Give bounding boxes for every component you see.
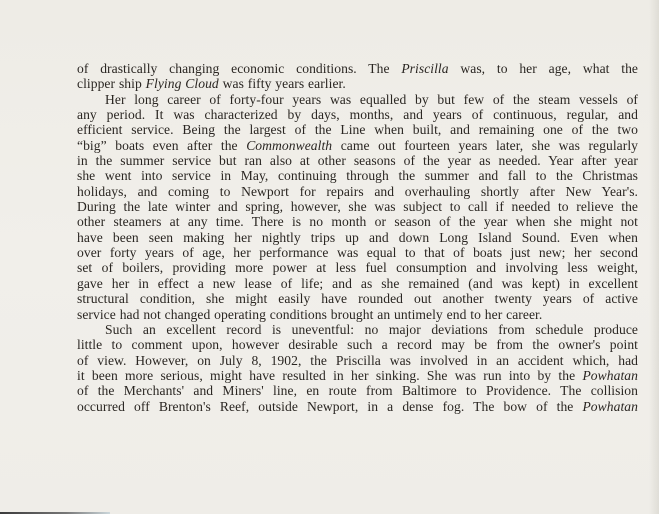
text-run: structural condition, she might easily h…	[77, 291, 638, 306]
text-line: holidays, and coming to Newport for repa…	[77, 184, 638, 199]
text-line: Her long career of forty-four years was …	[77, 92, 638, 107]
text-line: of view. However, on July 8, 1902, the P…	[77, 353, 638, 368]
text-line: “big” boats even after the Commonwealth …	[77, 138, 638, 153]
italic-title: Flying Cloud	[146, 76, 219, 91]
text-line: efficient service. Being the largest of …	[77, 122, 638, 137]
text-run: holidays, and coming to Newport for repa…	[77, 184, 638, 199]
text-run: in the summer service but ran also at ot…	[77, 153, 638, 168]
italic-title: Powhatan	[582, 399, 638, 414]
text-line: she went into service in May, continuing…	[77, 168, 638, 183]
paragraph: Her long career of forty-four years was …	[77, 92, 638, 322]
text-line: other steamers at any time. There is no …	[77, 214, 638, 229]
text-run: set of boilers, providing more power at …	[77, 260, 638, 275]
text-run: came out fourteen years later, she was r…	[332, 138, 638, 153]
text-run: she went into service in May, continuing…	[77, 168, 638, 183]
text-line: have been seen making her nightly trips …	[77, 230, 638, 245]
text-line: in the summer service but ran also at ot…	[77, 153, 638, 168]
text-run: have been seen making her nightly trips …	[77, 230, 638, 245]
text-run: Such an excellent record is uneventful: …	[105, 322, 638, 337]
text-line: occurred off Brenton's Reef, outside New…	[77, 399, 638, 414]
text-line: set of boilers, providing more power at …	[77, 260, 638, 275]
text-run: clipper ship	[77, 76, 146, 91]
text-run: occurred off Brenton's Reef, outside New…	[77, 399, 582, 414]
text-run: “big” boats even after the	[77, 138, 246, 153]
text-line: any period. It was characterized by days…	[77, 107, 638, 122]
text-line: clipper ship Flying Cloud was fifty year…	[77, 76, 638, 91]
paragraph: of drastically changing economic conditi…	[77, 61, 638, 92]
text-line: of drastically changing economic conditi…	[77, 61, 638, 76]
text-line: it been more serious, might have resulte…	[77, 368, 638, 383]
page-edge-shadow	[649, 0, 659, 514]
text-run: of view. However, on July 8, 1902, the P…	[77, 353, 638, 368]
text-run: gave her in effect a new lease of life; …	[77, 276, 638, 291]
text-run: During the late winter and spring, howev…	[77, 199, 638, 214]
text-run: of the Merchants' and Miners' line, en r…	[77, 383, 638, 398]
italic-title: Powhatan	[582, 368, 638, 383]
text-run: service had not changed operating condit…	[77, 307, 542, 322]
text-run: of drastically changing economic conditi…	[77, 61, 401, 76]
scanned-book-page: of drastically changing economic conditi…	[0, 0, 659, 514]
text-line: Such an excellent record is uneventful: …	[77, 322, 638, 337]
text-run: was, to her age, what the	[449, 61, 638, 76]
text-line: structural condition, she might easily h…	[77, 291, 638, 306]
text-line: over forty years of age, her performance…	[77, 245, 638, 260]
text-run: it been more serious, might have resulte…	[77, 368, 582, 383]
body-text: of drastically changing economic conditi…	[77, 61, 638, 414]
text-run: was fifty years earlier.	[219, 76, 346, 91]
text-line: gave her in effect a new lease of life; …	[77, 276, 638, 291]
text-run: any period. It was characterized by days…	[77, 107, 638, 122]
paragraph: Such an excellent record is uneventful: …	[77, 322, 638, 414]
text-run: little to comment upon, however desirabl…	[77, 337, 638, 352]
text-line: little to comment upon, however desirabl…	[77, 337, 638, 352]
text-line: of the Merchants' and Miners' line, en r…	[77, 383, 638, 398]
text-line: During the late winter and spring, howev…	[77, 199, 638, 214]
italic-title: Priscilla	[401, 61, 448, 76]
text-run: over forty years of age, her performance…	[77, 245, 638, 260]
italic-title: Commonwealth	[246, 138, 332, 153]
text-line: service had not changed operating condit…	[77, 307, 638, 322]
text-run: efficient service. Being the largest of …	[77, 122, 638, 137]
text-run: other steamers at any time. There is no …	[77, 214, 638, 229]
text-run: Her long career of forty-four years was …	[105, 92, 638, 107]
